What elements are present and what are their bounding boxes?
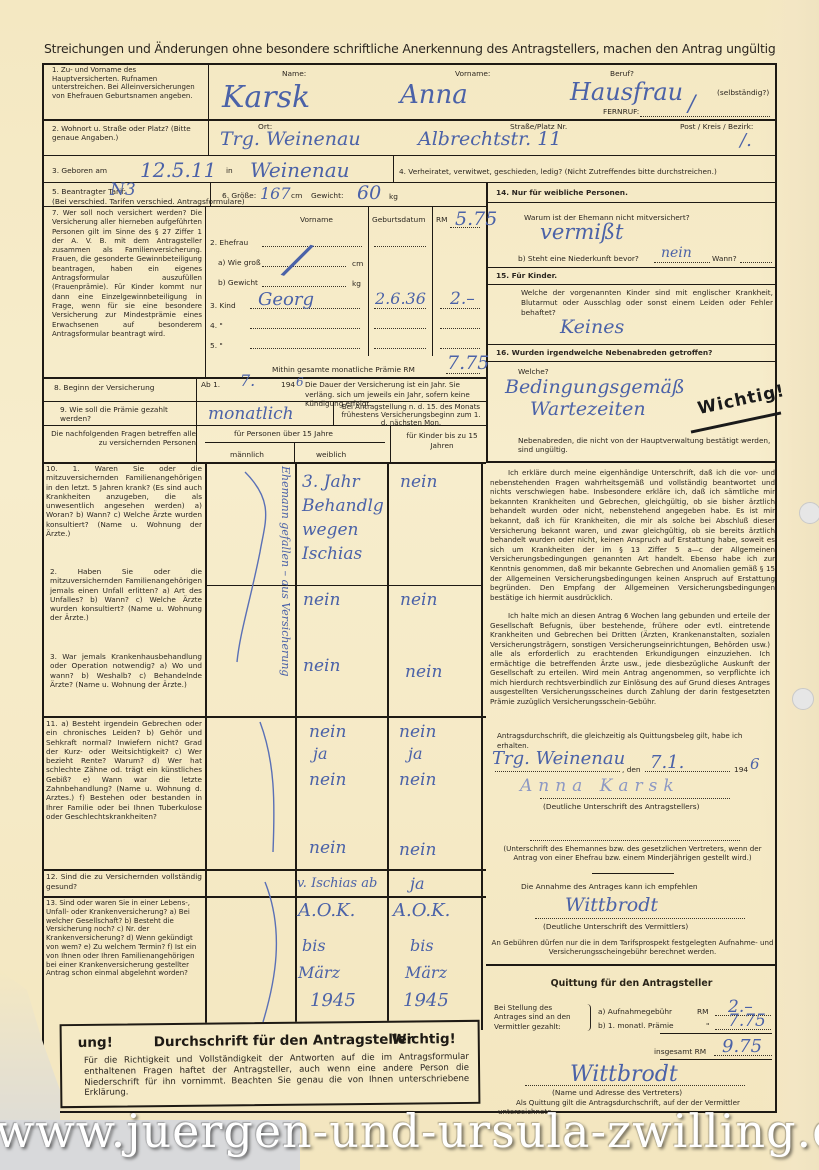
q4-label: 4. Verheiratet, verwitwet, geschieden, l… (399, 167, 717, 176)
col-over-15: für Personen über 15 Jahre (234, 429, 333, 438)
q8-label: 8. Beginn der Versicherung (54, 383, 154, 392)
start-month-value[interactable]: 7. (240, 371, 255, 390)
cm-label: cm (291, 191, 302, 200)
total-premium-value[interactable]: 7.75 (447, 352, 489, 374)
vorname-label: Vorname: (455, 69, 490, 78)
fee-a-label: a) Aufnahmegebühr (598, 1007, 672, 1016)
q16-answer-2[interactable]: Wartezeiten (530, 398, 646, 420)
copy-notice-right: Wichtig! (392, 1031, 456, 1048)
watermark: www.juergen-und-ursula-zwilling.de (0, 1104, 819, 1158)
wann-label: Wann? (712, 254, 737, 263)
representative-signature[interactable]: Wittbrodt (570, 1062, 678, 1087)
kind-geburtsdatum[interactable]: 2.6.36 (375, 289, 426, 308)
male-column-strike (205, 462, 295, 1032)
strasse-value[interactable]: Albrechtstr. 11 (418, 128, 561, 150)
start-year-value[interactable]: 6 (296, 375, 304, 389)
row-kind-label: 3. Kind (210, 301, 236, 310)
vorname-value[interactable]: Anna (400, 80, 468, 110)
q16-note: Nebenabreden, die nicht von der Hauptver… (518, 436, 773, 454)
q10-female-1[interactable]: 3. Jahr Behandlg wegen Ischias (302, 470, 382, 566)
beruf-label: Beruf? (610, 69, 634, 78)
signing-place[interactable]: Trg. Weinenau (492, 748, 625, 769)
kg-label: kg (389, 192, 398, 201)
q14-answer-a[interactable]: vermißt (540, 220, 623, 244)
copy-notice-left: ung! (78, 1035, 113, 1051)
kind-rm[interactable]: 2.– (450, 289, 475, 309)
fernruf-label: FERNRUF: (603, 107, 639, 116)
q3-label: 3. Geboren am (52, 166, 107, 175)
total-premium-label: Mithin gesamte monatliche Prämie RM (272, 365, 415, 374)
ort-value[interactable]: Trg. Weinenau (220, 128, 361, 150)
gewicht-value[interactable]: 60 (357, 182, 381, 204)
beruf-value[interactable]: Hausfrau (570, 78, 683, 106)
fees-note: An Gebühren dürfen nur die in dem Tarifs… (491, 938, 774, 957)
declaration-para2: Ich halte mich an diesen Antrag 6 Wochen… (490, 611, 770, 706)
declaration-para1: Ich erkläre durch meine eigenhändige Unt… (490, 468, 775, 602)
receipt-total-label: insgesamt RM (654, 1047, 706, 1056)
selbststaendig-label: (selbständig?) (717, 88, 769, 97)
q13-female-company[interactable]: A.O.K. (298, 900, 355, 921)
ehefrau-rm[interactable]: 5.75 (455, 208, 497, 230)
col-kids: für Kinder bis zu 15 Jahren (398, 431, 486, 451)
q11-label: 11. a) Besteht irgendein Gebrechen oder … (46, 719, 202, 821)
signing-year[interactable]: 6 (750, 755, 760, 773)
row-ehefrau-label: 2. Ehefrau (210, 238, 248, 247)
agent-signature-label: (Deutliche Unterschrift des Vermittlers) (543, 922, 688, 931)
representative-label: (Name und Adresse des Vertreters) (552, 1088, 682, 1097)
q13-label: 13. Sind oder waren Sie in einer Lebens-… (46, 899, 202, 978)
row-gewicht-label: b) Gewicht (218, 278, 258, 287)
q10-kids-1[interactable]: nein (400, 472, 437, 492)
q16-answer-1[interactable]: Bedingungsgemäß (505, 376, 685, 398)
birth-place-value[interactable]: Weinenau (250, 158, 350, 182)
col-male: männlich (230, 450, 264, 459)
name-label: Name: (282, 69, 306, 78)
q11-female-a[interactable]: nein (309, 722, 346, 742)
welche-label: Welche? (518, 367, 549, 376)
receipt-title: Quittung für den Antragsteller (486, 978, 777, 989)
q15-answer[interactable]: Keines (560, 316, 624, 338)
applicant-signature-label: (Deutliche Unterschrift des Antragstelle… (543, 802, 700, 811)
col-rm: RM (436, 215, 448, 224)
q10-part3: 3. War jemals Krankenhausbehandlung oder… (50, 652, 202, 689)
q5-sub: (Bei verschied. Tarifen verschied. Antra… (52, 197, 245, 206)
fee-b-value[interactable]: 7.75 (728, 1011, 766, 1031)
col-female: weiblich (316, 450, 346, 459)
punch-hole (799, 502, 819, 524)
name-value[interactable]: Karsk (222, 80, 310, 115)
q10-kids-2[interactable]: nein (400, 590, 437, 610)
q2-label: 2. Wohnort u. Straße oder Platz? (Bitte … (52, 124, 212, 142)
in-label: in (226, 166, 233, 175)
q14-label: 14. Nur für weibliche Personen. (496, 188, 628, 197)
groesse-value[interactable]: 167 (260, 184, 291, 203)
q10-part2: 2. Haben Sie oder die mitzuversichernden… (50, 567, 202, 623)
husband-signature-label: (Unterschrift des Ehemannes bzw. des ges… (491, 844, 774, 863)
q10-part1: 10. 1. Waren Sie oder die mitzuversicher… (46, 464, 202, 538)
copy-notice-text: Für die Richtigkeit und Vollständigkeit … (84, 1052, 469, 1099)
q10-female-3[interactable]: nein (303, 656, 340, 676)
birth-date-value[interactable]: 12.5.11 (140, 158, 216, 182)
q11-kids-a[interactable]: nein (399, 722, 436, 742)
receipt-intro: Bei Stellung des Antrages sind an den Ve… (494, 1003, 580, 1031)
row-groesse-label: a) Wie groß (218, 258, 261, 267)
q12-label: 12. Sind die zu Versichernden vollständi… (46, 872, 202, 891)
recommend-label: Die Annahme des Antrages kann ich empfeh… (521, 882, 698, 891)
col-vorname: Vorname (300, 215, 333, 224)
q12-female[interactable]: v. Ischias ab (297, 876, 377, 891)
q7-label: 7. Wer soll noch versichert werden? Die … (52, 209, 202, 339)
questions-intro: Die nachfolgenden Fragen betreffen alle … (46, 429, 196, 447)
receipt-total-value[interactable]: 9.75 (722, 1036, 762, 1057)
copy-notice-box: ung! Durchschrift für den Antragsteller … (60, 1020, 481, 1108)
q14-answer-b[interactable]: nein (661, 245, 692, 261)
q12-kids[interactable]: ja (410, 874, 425, 893)
signing-date[interactable]: 7.1. (650, 752, 684, 773)
gewicht-label: Gewicht: (311, 191, 344, 200)
top-note: Streichungen und Änderungen ohne besonde… (44, 41, 789, 56)
q16-label: 16. Wurden irgendwelche Nebenabreden get… (496, 348, 712, 357)
q1-label: 1. Zu- und Vorname des Hauptversicherten… (52, 66, 202, 100)
col-geburtsdatum: Geburtsdatum (372, 215, 425, 224)
agent-signature[interactable]: Wittbrodt (565, 894, 658, 916)
q10-kids-3[interactable]: nein (405, 662, 442, 682)
post-value[interactable]: /. (740, 130, 752, 151)
q9-label: 9. Wie soll die Prämie gezahlt werden? (60, 405, 190, 423)
q13-kids-company[interactable]: A.O.K. (393, 900, 450, 921)
document-page: Streichungen und Änderungen ohne besonde… (0, 0, 819, 1170)
q15-question: Welche der vorgenannten Kinder sind mit … (521, 288, 773, 317)
punch-hole (792, 688, 814, 710)
groesse-label: 6. Größe: (222, 191, 256, 200)
q14-question-b: b) Steht eine Niederkunft bevor? (518, 254, 639, 263)
q9-value[interactable]: monatlich (208, 404, 294, 424)
copy-notice-title: Durchschrift für den Antragsteller (154, 1031, 414, 1050)
q9-note: Bei Antragstellung n. d. 15. des Monats … (338, 403, 484, 427)
kind-vorname[interactable]: Georg (258, 289, 314, 310)
tarif-value[interactable]: N3 (110, 180, 136, 200)
selbststaendig-value[interactable]: / (688, 92, 695, 117)
q15-label: 15. Für Kinder. (496, 271, 557, 280)
applicant-signature[interactable]: Anna Karsk (520, 776, 680, 796)
q10-female-2[interactable]: nein (303, 590, 340, 610)
fee-b-label: b) 1. monatl. Prämie (598, 1021, 674, 1030)
